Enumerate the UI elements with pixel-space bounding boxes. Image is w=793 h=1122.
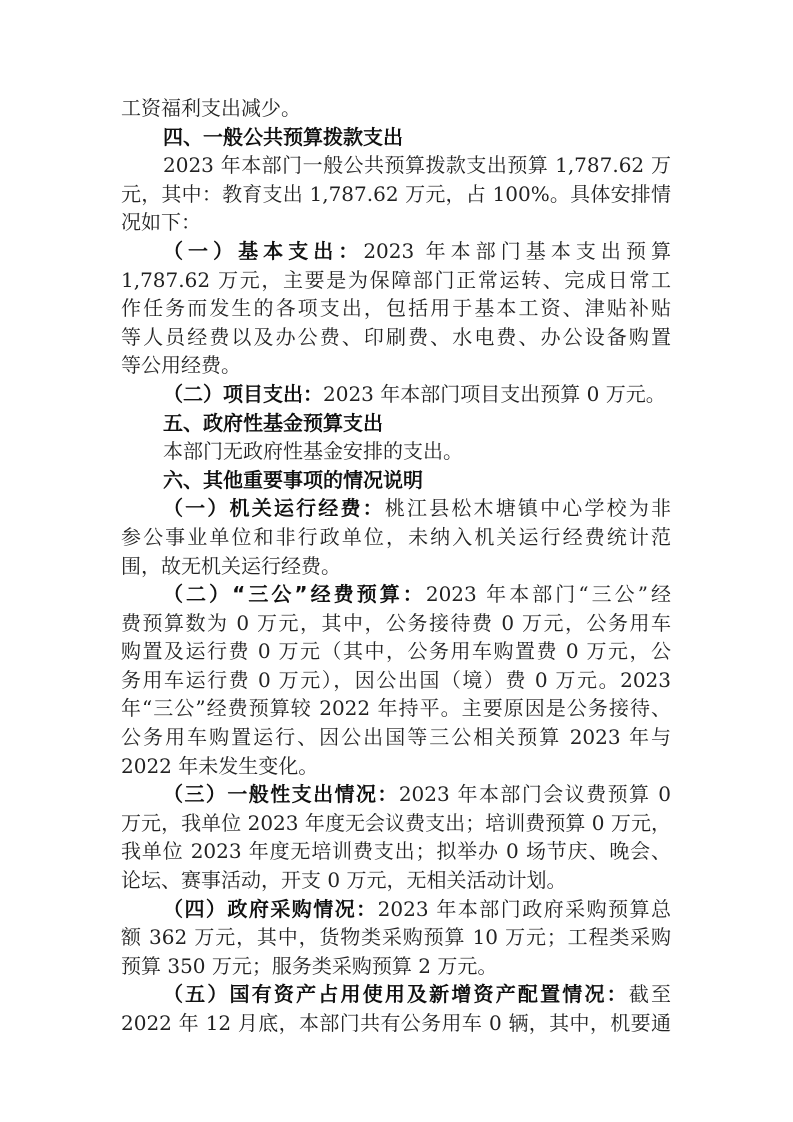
text-line: 围，故无机关运行经费。 xyxy=(121,552,671,581)
text-line: 额 362 万元，其中，货物类采购预算 10 万元；工程类采购 xyxy=(121,923,671,952)
paragraph-three-public-expenses: （二）“三公”经费预算：2023 年本部门“三公”经 费预算数为 0 万元，其中… xyxy=(121,580,671,780)
text-line: 我单位 2023 年度无培训费支出；拟举办 0 场节庆、晚会、 xyxy=(121,837,671,866)
text-line: 费预算数为 0 万元，其中，公务接待费 0 万元，公务用车 xyxy=(121,609,671,638)
text-line: （二）“三公”经费预算：2023 年本部门“三公”经 xyxy=(121,580,671,609)
text-line: （三）一般性支出情况：2023 年本部门会议费预算 0 xyxy=(121,780,671,809)
paragraph-lead: （五）国有资产占用使用及新增资产配置情况： xyxy=(163,982,629,1006)
paragraph-basic-expenditure: （一）基本支出：2023 年本部门基本支出预算 1,787.62 万元，主要是为… xyxy=(121,237,671,380)
document-page: 工资福利支出减少。 四、一般公共预算拨款支出 2023 年本部门一般公共预算拨款… xyxy=(121,94,671,1038)
paragraph-project-expenditure: （二）项目支出：2023 年本部门项目支出预算 0 万元。 xyxy=(121,380,671,409)
text-line: 参公事业单位和非行政单位，未纳入机关运行经费统计范 xyxy=(121,523,671,552)
text-line: （一）基本支出：2023 年本部门基本支出预算 xyxy=(121,237,671,266)
text-line: 2022 年 12 月底，本部门共有公务用车 0 辆，其中，机要通 xyxy=(121,1009,671,1038)
paragraph-general-expenditure: （三）一般性支出情况：2023 年本部门会议费预算 0 万元，我单位 2023 … xyxy=(121,780,671,894)
text-line: 等公用经费。 xyxy=(121,351,671,380)
text-line: 1,787.62 万元，主要是为保障部门正常运转、完成日常工 xyxy=(121,266,671,295)
text-line: （一）机关运行经费：桃江县松木塘镇中心学校为非 xyxy=(121,494,671,523)
text-line: 2023 年本部门一般公共预算拨款支出预算 1,787.62 万 xyxy=(121,151,671,180)
text-line: （四）政府采购情况：2023 年本部门政府采购预算总 xyxy=(121,895,671,924)
section-heading-5: 五、政府性基金预算支出 xyxy=(121,409,671,438)
paragraph-continuation: 工资福利支出减少。 xyxy=(121,94,671,123)
paragraph-general-budget: 2023 年本部门一般公共预算拨款支出预算 1,787.62 万 元，其中：教育… xyxy=(121,151,671,237)
text-line: 购置及运行费 0 万元（其中，公务用车购置费 0 万元，公 xyxy=(121,637,671,666)
text-line: （二）项目支出：2023 年本部门项目支出预算 0 万元。 xyxy=(121,380,671,409)
text-line: 本部门无政府性基金安排的支出。 xyxy=(121,437,671,466)
text-line: 务用车运行费 0 万元），因公出国（境）费 0 万元。2023 xyxy=(121,666,671,695)
text-line: 2022 年未发生变化。 xyxy=(121,752,671,781)
paragraph-lead: （四）政府采购情况： xyxy=(163,897,378,921)
text-line: 公务用车购置运行、因公出国等三公相关预算 2023 年与 xyxy=(121,723,671,752)
paragraph-gov-procurement: （四）政府采购情况：2023 年本部门政府采购预算总 额 362 万元，其中，货… xyxy=(121,895,671,981)
text-line: 作任务而发生的各项支出，包括用于基本工资、津贴补贴 xyxy=(121,294,671,323)
text-line: 元，其中：教育支出 1,787.62 万元，占 100%。具体安排情 xyxy=(121,180,671,209)
text-line: 论坛、赛事活动，开支 0 万元，无相关活动计划。 xyxy=(121,866,671,895)
paragraph-lead: （三）一般性支出情况： xyxy=(163,782,399,806)
text-line: 万元，我单位 2023 年度无会议费支出；培训费预算 0 万元， xyxy=(121,809,671,838)
section-heading-6: 六、其他重要事项的情况说明 xyxy=(121,466,671,495)
paragraph-gov-fund: 本部门无政府性基金安排的支出。 xyxy=(121,437,671,466)
text-line: 况如下： xyxy=(121,208,671,237)
section-heading-4: 四、一般公共预算拨款支出 xyxy=(121,123,671,152)
text-line: 预算 350 万元；服务类采购预算 2 万元。 xyxy=(121,952,671,981)
text-line: （五）国有资产占用使用及新增资产配置情况：截至 xyxy=(121,980,671,1009)
paragraph-lead: （二）项目支出： xyxy=(163,382,323,406)
paragraph-lead: （一）基本支出： xyxy=(163,239,363,263)
paragraph-state-assets: （五）国有资产占用使用及新增资产配置情况：截至 2022 年 12 月底，本部门… xyxy=(121,980,671,1037)
text-line: 年“三公”经费预算较 2022 年持平。主要原因是公务接待、 xyxy=(121,694,671,723)
paragraph-lead: （一）机关运行经费： xyxy=(163,496,385,520)
paragraph-operating-expenses: （一）机关运行经费：桃江县松木塘镇中心学校为非 参公事业单位和非行政单位，未纳入… xyxy=(121,494,671,580)
text-line: 工资福利支出减少。 xyxy=(121,94,671,123)
paragraph-lead: （二）“三公”经费预算： xyxy=(163,582,426,606)
text-line: 等人员经费以及办公费、印刷费、水电费、办公设备购置 xyxy=(121,323,671,352)
